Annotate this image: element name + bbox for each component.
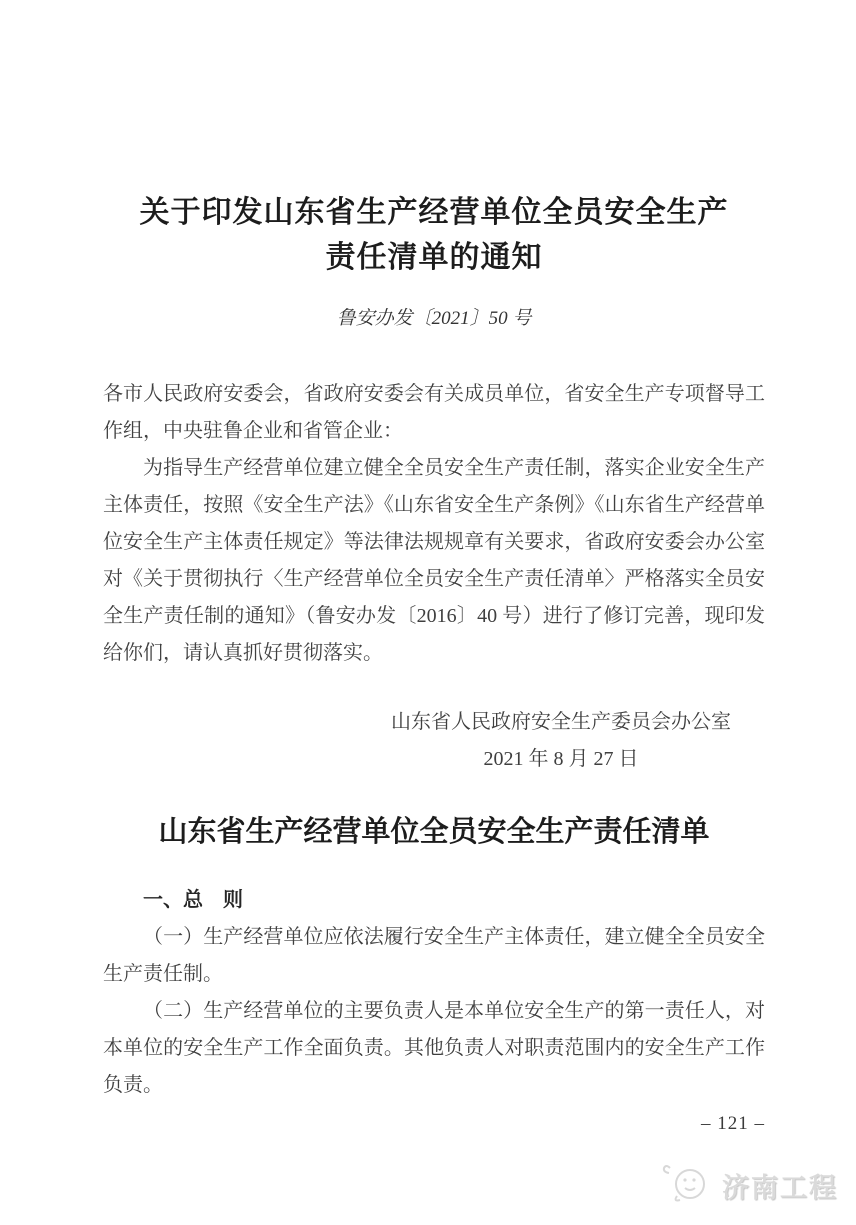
- list-item-1: （一）生产经营单位应依法履行安全生产主体责任，建立健全全员安全生产责任制。: [103, 919, 765, 993]
- document-page: 关于印发山东省生产经营单位全员安全生产 责任清单的通知 鲁安办发〔2021〕50…: [0, 0, 856, 1225]
- doc-number: 鲁安办发〔2021〕50 号: [103, 306, 765, 332]
- signature-org: 山东省人民政府安全生产委员会办公室: [391, 704, 731, 741]
- section-1-heading: 一、总 则: [103, 882, 765, 919]
- signature-date: 2021 年 8 月 27 日: [391, 741, 731, 778]
- notice-title-line2: 责任清单的通知: [103, 235, 765, 280]
- addressee-paragraph: 各市人民政府安委会，省政府安委会有关成员单位，省安全生产专项督导工作组，中央驻鲁…: [103, 376, 765, 450]
- list-title: 山东省生产经营单位全员安全生产责任清单: [103, 816, 765, 848]
- signature-block: 山东省人民政府安全生产委员会办公室 2021 年 8 月 27 日: [391, 704, 731, 778]
- notice-title-line1: 关于印发山东省生产经营单位全员安全生产: [103, 190, 765, 235]
- mascot-icon: [662, 1162, 716, 1209]
- watermark-text: 济南工程: [722, 1166, 838, 1205]
- notice-body-paragraph: 为指导生产经营单位建立健全全员安全生产责任制，落实企业安全生产主体责任，按照《安…: [103, 450, 765, 672]
- watermark: 济南工程: [662, 1162, 838, 1209]
- notice-title: 关于印发山东省生产经营单位全员安全生产 责任清单的通知: [103, 190, 765, 280]
- list-item-2: （二）生产经营单位的主要负责人是本单位安全生产的第一责任人，对本单位的安全生产工…: [103, 993, 765, 1104]
- page-number: – 121 –: [701, 1113, 765, 1135]
